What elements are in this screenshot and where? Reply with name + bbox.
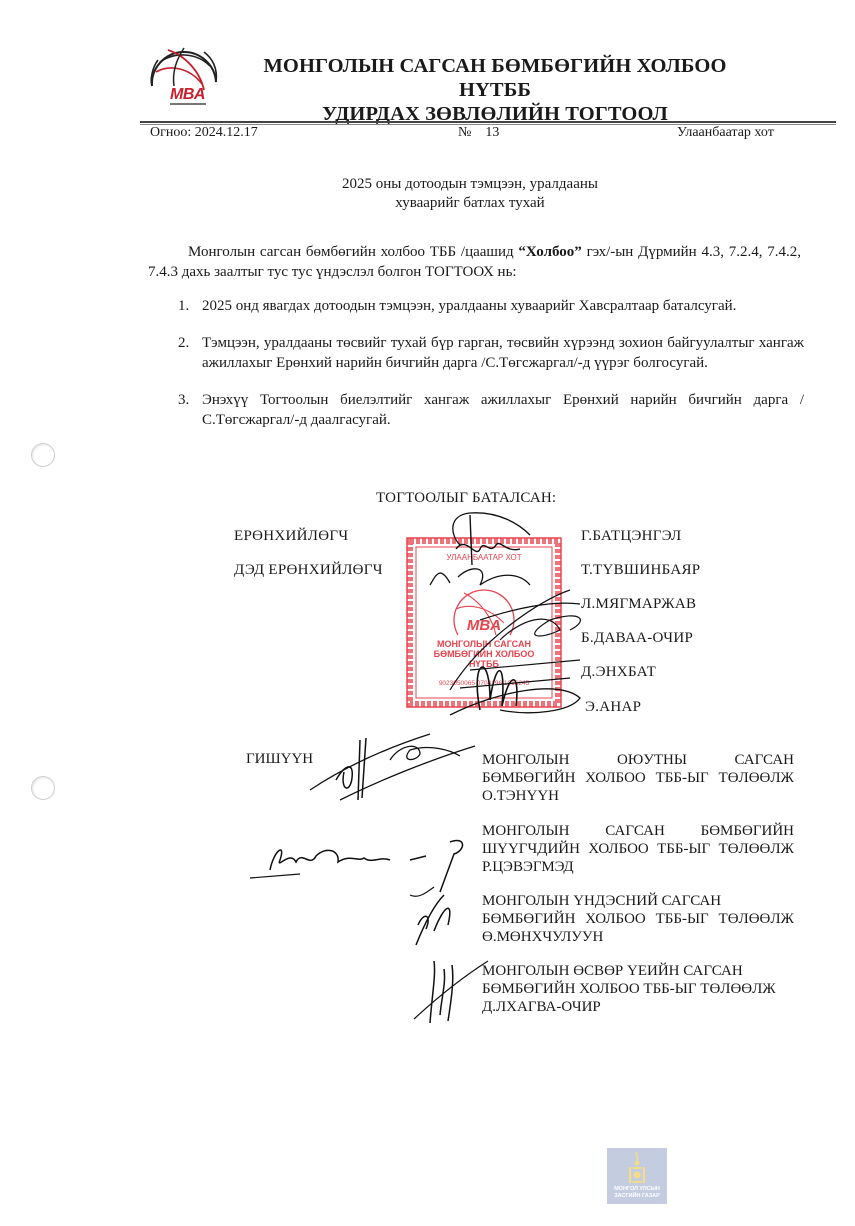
- document-number: № 13: [458, 125, 499, 141]
- signatory-name: Л.МЯГМАРЖАВ: [581, 596, 696, 613]
- logo-tagline: [170, 103, 206, 105]
- resolution-item-1: 1. 2025 онд явагдах дотоодын тэмцээн, ур…: [178, 296, 804, 316]
- representative-block: МОНГОЛЫН ҮНДЭСНИЙ САГСАН БӨМБӨГИЙН ХОЛБО…: [482, 892, 794, 946]
- government-badge: МОНГОЛ УЛСЫН ЗАСГИЙН ГАЗАР: [607, 1148, 667, 1204]
- number-value: 13: [485, 125, 499, 140]
- signature-president: [420, 505, 540, 575]
- header-divider: [140, 121, 836, 123]
- logo-text: MBA: [170, 86, 205, 104]
- signature-member-4: [410, 955, 490, 1025]
- representative-block: МОНГОЛЫН ӨСВӨР ҮЕИЙН САГСАН БӨМБӨГИЙН ХО…: [482, 962, 794, 1016]
- signature-member-1: [300, 720, 480, 800]
- role-president: ЕРӨНХИЙЛӨГЧ: [234, 528, 348, 545]
- resolution-item-3: 3. Энэхүү Тогтоолын биелэлтийг хангаж аж…: [178, 390, 804, 430]
- soyombo-icon: [607, 1150, 667, 1186]
- signature-members: [440, 580, 590, 720]
- punch-hole-top: [31, 443, 55, 467]
- document-title: МОНГОЛЫН САГСАН БӨМБӨГИЙН ХОЛБОО НҮТББ У…: [230, 54, 760, 126]
- title-line-1: МОНГОЛЫН САГСАН БӨМБӨГИЙН ХОЛБОО НҮТББ: [230, 54, 760, 102]
- mba-logo: MBA: [146, 42, 222, 108]
- signature-member-3: [404, 885, 484, 955]
- signatory-name: Г.БАТЦЭНГЭЛ: [581, 528, 682, 545]
- signatory-name: Д.ЭНХБАТ: [581, 664, 656, 681]
- subject-line-2: хуваарийг батлах тухай: [200, 194, 740, 213]
- intro-bold-term: “Холбоо”: [518, 244, 581, 260]
- intro-paragraph: Монголын сагсан бөмбөгийн холбоо ТББ /ца…: [148, 242, 801, 282]
- resolution-item-2: 2. Тэмцээн, уралдааны төсвийг тухай бүр …: [178, 333, 804, 373]
- gov-line-1: МОНГОЛ УЛСЫН: [607, 1186, 667, 1192]
- number-sign: №: [458, 125, 471, 140]
- document-subject: 2025 оны дотоодын тэмцээн, уралдааны хув…: [200, 175, 740, 213]
- representative-block: МОНГОЛЫН ОЮУТНЫ САГСАН БӨМБӨГИЙН ХОЛБОО …: [482, 751, 794, 805]
- member-label: ГИШҮҮН: [246, 751, 313, 768]
- document-location: Улаанбаатар хот: [677, 125, 774, 141]
- signatory-name: Б.ДАВАА-ОЧИР: [581, 630, 693, 647]
- subject-line-1: 2025 оны дотоодын тэмцээн, уралдааны: [200, 175, 740, 194]
- gov-line-2: ЗАСГИЙН ГАЗАР: [607, 1193, 667, 1199]
- signatory-name: Т.ТҮВШИНБАЯР: [581, 562, 700, 579]
- document-date: Огноо: 2024.12.17: [150, 125, 258, 141]
- role-vice-president: ДЭД ЕРӨНХИЙЛӨГЧ: [234, 562, 383, 579]
- representative-block: МОНГОЛЫН САГСАН БӨМБӨГИЙН ШҮҮГЧДИЙН ХОЛБ…: [482, 822, 794, 876]
- punch-hole-bottom: [31, 776, 55, 800]
- signatory-name: Э.АНАР: [585, 699, 641, 716]
